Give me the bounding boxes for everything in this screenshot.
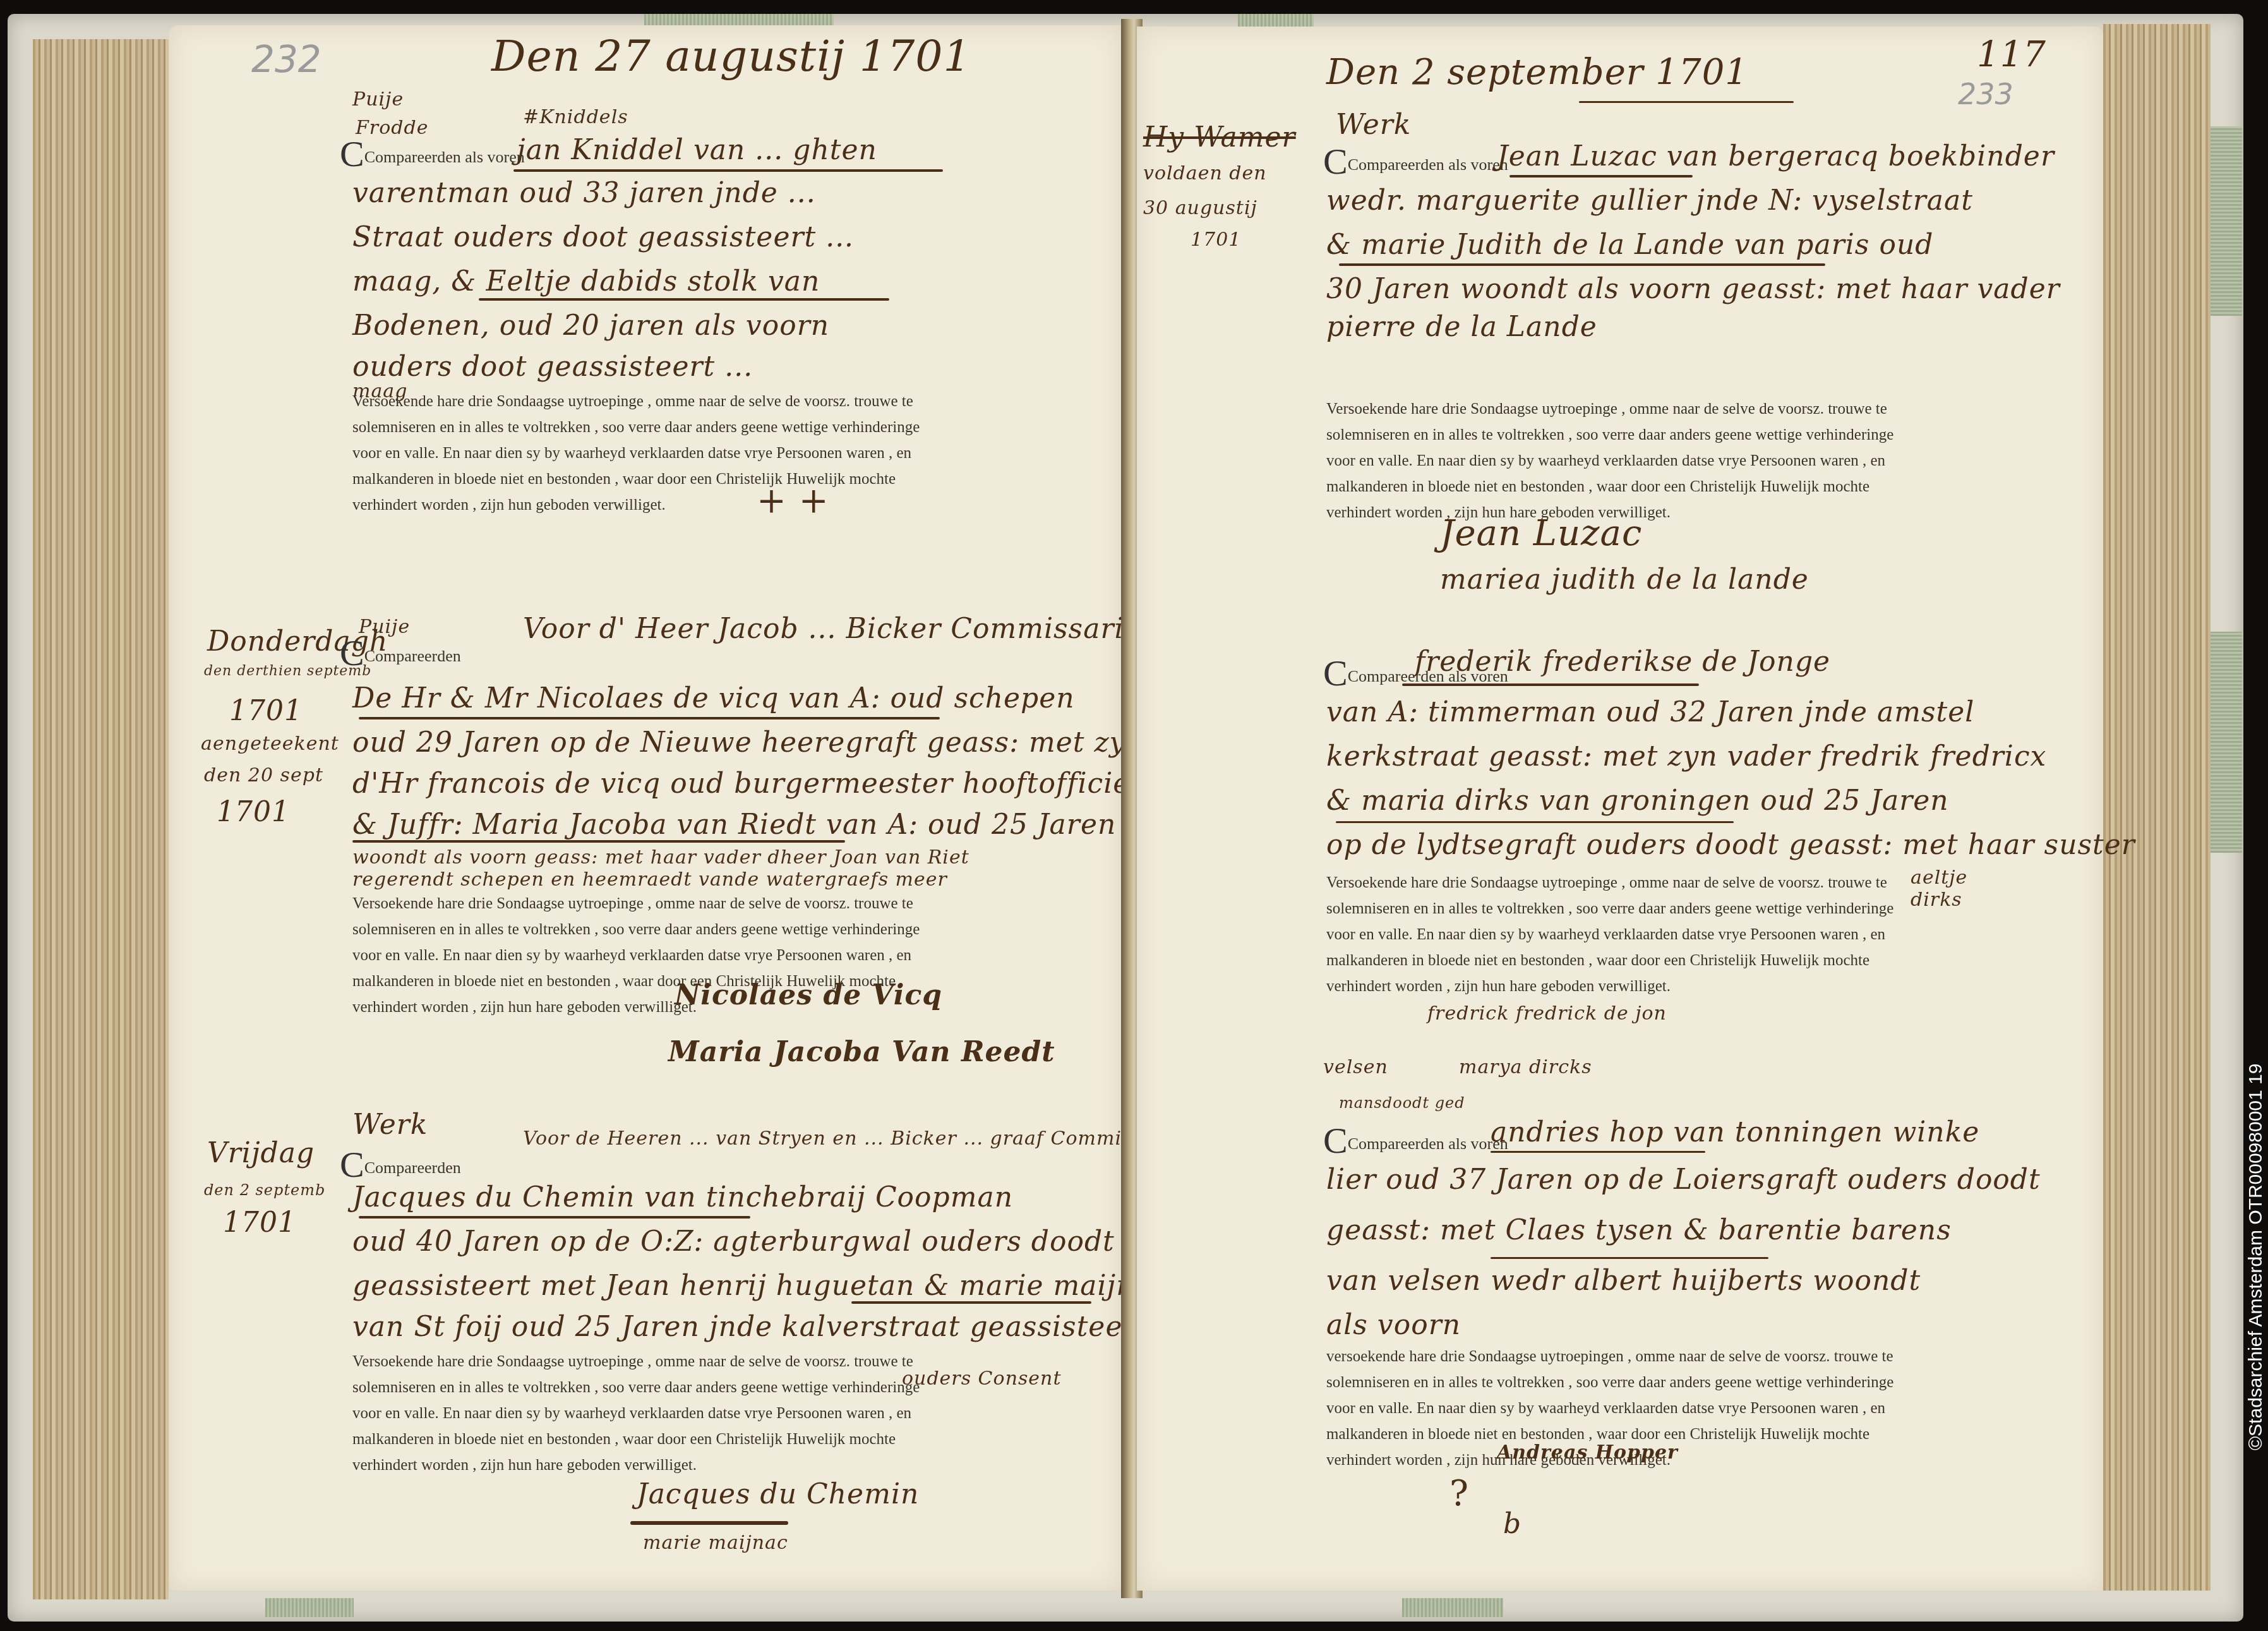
name-underline	[851, 1301, 1091, 1304]
margin-note: voldaen den	[1143, 162, 1267, 184]
left-page: 232 Den 27 augustij 1701 Puije Frodde CC…	[169, 25, 1122, 1591]
signature: Nicolaes de Vicq	[675, 979, 942, 1011]
margin-note: den 2 septemb	[204, 1181, 325, 1199]
date-underline	[1579, 101, 1794, 103]
cloth-binding-bottom-left	[265, 1598, 354, 1617]
entry-line: van St foij oud 25 Jaren jnde kalverstra…	[352, 1311, 1214, 1343]
name-underline	[1339, 263, 1825, 266]
name-underline	[359, 717, 940, 719]
margin-weekday: Vrijdag	[207, 1137, 315, 1169]
cloth-binding-right-upper	[2211, 126, 2242, 316]
entry-line: geassisteert met Jean henrij huguetan & …	[352, 1270, 1168, 1302]
entry-line: op de lydtsegraft ouders doodt geasst: m…	[1326, 829, 2135, 861]
entry-line: geasst: met Claes tysen & barentie baren…	[1326, 1214, 1952, 1246]
entry-line: pierre de la Lande	[1326, 311, 1597, 343]
signature-mark: b	[1503, 1508, 1521, 1540]
printed-boilerplate: Versoekende hare drie Sondaagse uytroepi…	[1326, 870, 1958, 999]
entry-line: & marie Judith de la Lande van paris oud	[1326, 229, 1933, 261]
archive-watermark: ©Stadsarchief Amsterdam OTR000980001 19	[2245, 1061, 2267, 1453]
printed-compareerden: CCompareerden als voren	[1323, 1119, 1508, 1162]
margin-note: Hy Wamer	[1143, 121, 1296, 153]
margin-note: mansdoodt ged	[1339, 1094, 1465, 1112]
entry-line: van A: timmerman oud 32 Jaren jnde amste…	[1326, 696, 1974, 728]
name-underline	[1336, 821, 1734, 823]
signature: marie maijnac	[643, 1532, 788, 1554]
entry-line: regerendt schepen en heemraedt vande wat…	[352, 869, 947, 891]
name-underline	[352, 840, 845, 843]
entry-line: frederik frederikse de Jonge	[1415, 646, 1830, 678]
signature-flourish	[630, 1521, 788, 1525]
commissioner-heading: Voor de Heeren ... van Stryen en ... Bic…	[523, 1128, 1216, 1150]
signature: mariea judith de la lande	[1440, 563, 1809, 596]
name-underline	[1491, 1257, 1768, 1259]
margin-year: 1701	[229, 695, 303, 727]
margin-note: 30 augustij	[1143, 197, 1257, 219]
cloth-binding-right-lower	[2211, 632, 2242, 853]
pencil-page-number: 232	[251, 38, 321, 81]
signature: marya dircks	[1459, 1056, 1592, 1078]
name-underline	[1509, 175, 1693, 178]
date-heading: Den 2 september 1701	[1326, 52, 1748, 93]
entry-line: oud 29 Jaren op de Nieuwe heeregraft gea…	[352, 726, 1237, 759]
printed-boilerplate: Versoekende hare drie Sondaagse uytroepi…	[352, 388, 984, 518]
commissioner-heading: Voor d' Heer Jacob ... Bicker Commissari…	[523, 613, 1139, 645]
entry-line: Bodenen, oud 20 jaren als voorn	[352, 310, 829, 342]
entry-line: Jacques du Chemin van tinchebraij Coopma…	[352, 1181, 1013, 1213]
printed-compareerden: CCompareerden als voren	[1323, 140, 1508, 183]
printed-boilerplate: Versoekende hare drie Sondaagse uytroepi…	[1326, 396, 1958, 526]
pencil-page-number: 233	[1958, 77, 2013, 111]
margin-year: 1701	[217, 796, 290, 828]
page-edges-right	[2103, 24, 2211, 1591]
entry-line: & maria dirks van groningen oud 25 Jaren	[1326, 785, 1949, 817]
entry-line: van velsen wedr albert huijberts woondt	[1326, 1265, 1921, 1297]
signature: fredrick fredrick de jon	[1427, 1002, 1667, 1025]
printed-boilerplate: Versoekende hare drie Sondaagse uytroepi…	[352, 1349, 984, 1478]
name-underline	[359, 1216, 750, 1219]
signature-marks: + +	[757, 480, 829, 521]
margin-note: Werk	[352, 1109, 428, 1141]
entry-line: andries hop van tonningen winke	[1491, 1116, 1979, 1148]
entry-line: lier oud 37 Jaren op de Loiersgraft oude…	[1326, 1164, 2041, 1196]
entry-line: woondt als voorn geass: met haar vader d…	[352, 846, 969, 869]
entry-line: maag, & Eeltje dabids stolk van	[352, 265, 820, 298]
printed-compareerden: CCompareerden	[340, 1143, 461, 1186]
page-edges-left	[33, 39, 169, 1599]
printed-compareerden: CCompareerden als voren	[340, 133, 525, 175]
margin-note: aengeteekent	[201, 733, 339, 755]
right-page: 117 233 Den 2 september 1701 Hy Wamer vo…	[1137, 27, 2103, 1591]
cloth-binding-bottom-right	[1402, 1598, 1503, 1617]
entry-line: jan Kniddel van ... ghten	[517, 134, 877, 166]
margin-note: Puije	[352, 88, 404, 111]
entry-line: ouders doot geassisteert ...	[352, 351, 753, 383]
entry-line: De Hr & Mr Nicolaes de vicq van A: oud s…	[352, 682, 1075, 714]
entry-line: wedr. marguerite gullier jnde N: vyselst…	[1326, 184, 1973, 217]
name-underline	[513, 169, 943, 172]
entry-line: 30 Jaren woondt als voorn geasst: met ha…	[1326, 273, 2060, 305]
entry-line: kerkstraat geasst: met zyn vader fredrik…	[1326, 740, 2046, 773]
entry-line: Straat ouders doot geassisteert ...	[352, 221, 854, 253]
entry-line: oud 40 Jaren op de O:Z: agterburgwal oud…	[352, 1225, 1115, 1258]
name-underline	[1402, 683, 1699, 686]
signature-mark: ?	[1449, 1473, 1469, 1514]
margin-note: velsen	[1323, 1056, 1388, 1078]
entry-line: als voorn	[1326, 1309, 1461, 1341]
entry-line: & Juffr: Maria Jacoba van Riedt van A: o…	[352, 809, 1116, 841]
name-underline	[479, 298, 889, 301]
signature: Andreas Hopper	[1497, 1441, 1678, 1464]
name-underline	[1491, 1151, 1705, 1153]
margin-note: Werk	[1336, 109, 1411, 141]
date-heading: Den 27 augustij 1701	[491, 32, 971, 81]
margin-year: 1701	[1191, 229, 1241, 251]
superscript-note: #Kniddels	[523, 106, 628, 128]
entry-line: varentman oud 33 jaren jnde ...	[352, 177, 816, 209]
signature: Jean Luzac	[1440, 513, 1642, 554]
margin-year: 1701	[223, 1207, 296, 1239]
printed-compareerden: CCompareerden	[340, 632, 461, 674]
margin-note: den 20 sept	[204, 764, 323, 786]
ink-page-number: 117	[1977, 34, 2046, 75]
entry-line: Jean Luzac van bergeracq boekbinder	[1497, 140, 2055, 172]
signature: Jacques du Chemin	[637, 1478, 919, 1510]
signature: Maria Jacoba Van Reedt	[668, 1036, 1055, 1068]
